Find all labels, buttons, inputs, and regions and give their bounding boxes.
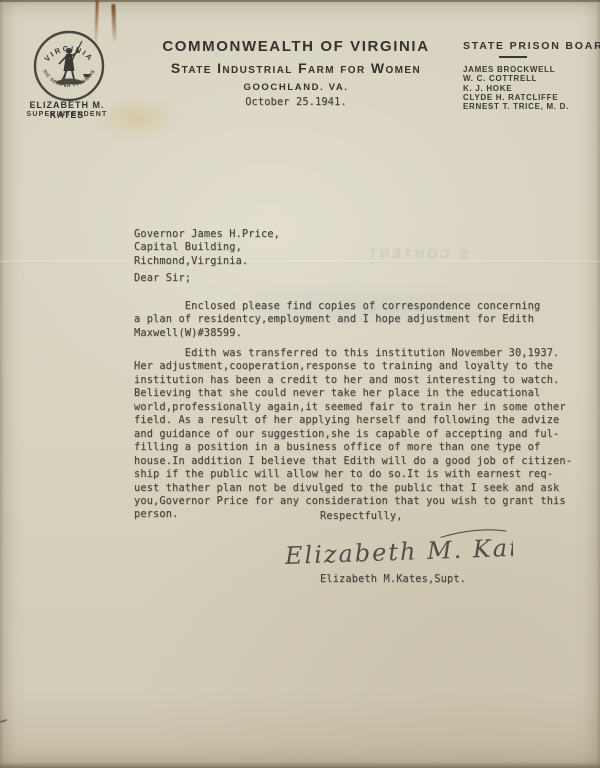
letterhead-center: COMMONWEALTH OF VIRGINIA State Industria… xyxy=(150,38,442,93)
board-member: K. J. HOKE xyxy=(463,84,593,93)
svg-text:SIC SEMPER TYRANNIS: SIC SEMPER TYRANNIS xyxy=(42,69,96,88)
salutation: Dear Sir; xyxy=(134,272,191,285)
board-title-rule xyxy=(499,56,527,58)
paragraph-1: Enclosed please find copies of correspon… xyxy=(134,300,580,340)
signature-typed: Elizabeth M.Kates,Supt. xyxy=(320,573,466,586)
signature-script-text: Elizabeth M. Kates xyxy=(284,533,513,570)
rust-stain xyxy=(111,4,116,42)
bleed-through-text: S CONTENT xyxy=(258,246,468,261)
board-member: ERNEST T. TRICE, M. D. xyxy=(463,102,593,111)
seal-bottom-text: SIC SEMPER TYRANNIS xyxy=(42,69,96,88)
recipient-address: Governor James H.Price, Capital Building… xyxy=(134,228,280,268)
superintendent-title: SUPERINTENDENT xyxy=(14,111,120,118)
letter-sheet: S CONTENT VIRGINIA SIC SEMPER TYRANNIS E… xyxy=(0,0,600,768)
institution-name: State Industrial Farm for Women xyxy=(150,60,442,76)
scan-edge-bottom xyxy=(0,762,600,768)
location-line: GOOCHLAND. VA. xyxy=(150,82,442,93)
handwritten-signature: Elizabeth M. Kates xyxy=(283,524,513,576)
board-member: W. C. COTTRELL xyxy=(463,74,593,83)
board-member: CLYDE H. RATCLIFFE xyxy=(463,93,593,102)
letter-date: October 25.1941. xyxy=(150,96,442,109)
virginia-seal-icon: VIRGINIA SIC SEMPER TYRANNIS xyxy=(30,26,108,104)
org-name: COMMONWEALTH OF VIRGINIA xyxy=(150,38,442,55)
scan-edge-top xyxy=(0,0,600,2)
state-prison-board: STATE PRISON BOARD JAMES BROCKWELL W. C.… xyxy=(463,40,593,111)
board-title: STATE PRISON BOARD xyxy=(463,40,593,52)
edge-mark xyxy=(0,719,7,723)
paragraph-2: Edith was transferred to this institutio… xyxy=(134,347,580,522)
board-member: JAMES BROCKWELL xyxy=(463,65,593,74)
paper-crease xyxy=(0,261,600,263)
closing: Respectfully, xyxy=(320,510,403,523)
